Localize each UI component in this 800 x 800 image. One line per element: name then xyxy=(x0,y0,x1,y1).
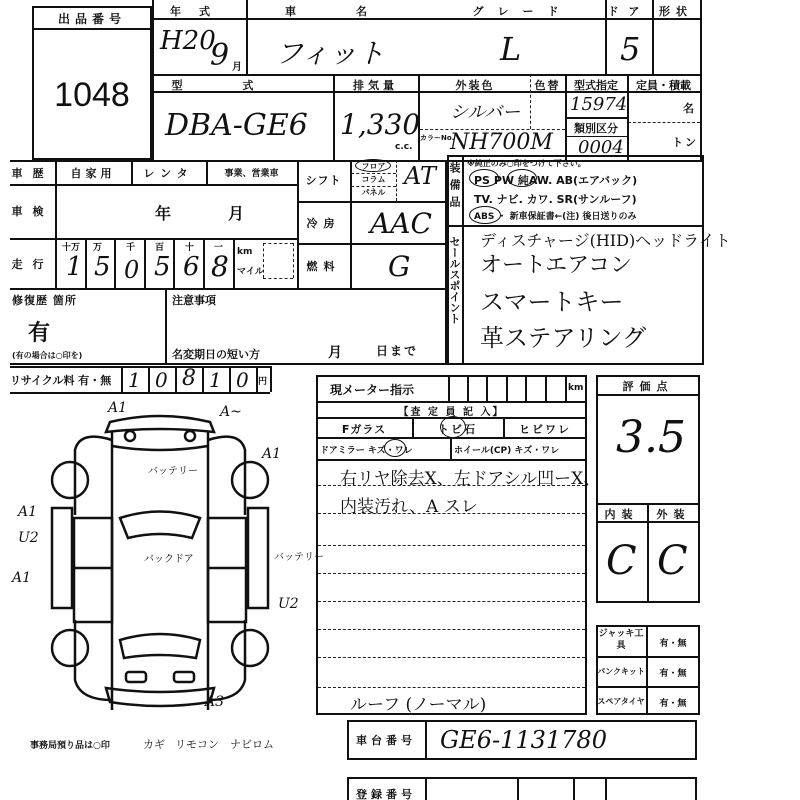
color-code-value: NH700M xyxy=(450,130,553,155)
history-option-private: 自家用 xyxy=(55,165,131,181)
caution-day-unit: 日まで xyxy=(376,342,418,359)
mileage-digit: 1 xyxy=(66,252,83,282)
repair-note: (有の場合は○印を) xyxy=(12,350,82,361)
displacement-unit: c.c. xyxy=(395,142,413,152)
score-value: 3.5 xyxy=(616,412,686,463)
sales-point: 革ステアリング xyxy=(480,318,646,353)
inspection-month-unit: 月 xyxy=(228,201,246,224)
damage-mark: A1 xyxy=(262,446,281,462)
damage-mark: A1 xyxy=(18,504,37,520)
shift-label: シフト xyxy=(297,172,350,188)
repair-value: 有 xyxy=(28,316,50,347)
type-designation-value: 15974 xyxy=(570,94,627,115)
doors-label: ドア xyxy=(605,3,652,19)
inspection-year-unit: 年 xyxy=(155,201,173,224)
fuel-label: 燃料 xyxy=(297,258,350,274)
color-change-label: 色替 xyxy=(530,77,565,93)
sales-point: スマートキー xyxy=(480,282,624,317)
interior-label: 内装 xyxy=(596,506,647,522)
displacement-value: 1,330 xyxy=(340,108,420,141)
shift-option-column: コラム xyxy=(351,174,396,185)
car-name-label: 車名 xyxy=(246,3,466,19)
equipment-note: ※純正のみ○印をつけて下さい。 xyxy=(467,158,586,169)
shift-option-panel: パネル xyxy=(351,187,396,198)
chassis-value: GE6-1131780 xyxy=(440,726,607,754)
circle-abs xyxy=(469,206,501,224)
damage-mark: U2 xyxy=(278,596,299,612)
glass-option-crack: ヒビワレ xyxy=(503,421,587,437)
office-item-key: カギ xyxy=(143,736,165,752)
mileage-place-label: 千 xyxy=(126,240,135,253)
accessory-value: 有・無 xyxy=(646,636,700,649)
interior-value: C xyxy=(606,538,637,584)
capacity-unit-ton: トン xyxy=(672,134,698,150)
color-value: シルバー xyxy=(450,98,520,124)
recycle-digit: 8 xyxy=(182,366,196,391)
office-item-remote: リモコン xyxy=(175,736,219,752)
meter-unit: km xyxy=(568,383,583,393)
caution-month-unit: 月 xyxy=(328,342,344,362)
shift-value: AT xyxy=(404,162,436,190)
exterior-label: 外装 xyxy=(647,506,700,522)
recycle-unit: 円 xyxy=(258,374,267,387)
type-designation-label: 型式指定 xyxy=(565,77,627,93)
caution-deadline-label: 名変期日の短い方 xyxy=(172,346,260,362)
car-name-value: フィット xyxy=(275,32,385,72)
mileage-digit: 5 xyxy=(154,252,171,282)
sales-point: オートエアコン xyxy=(480,248,632,279)
wheel-label: ホイール(CP) キズ・ワレ xyxy=(454,443,559,456)
registration-label: 登録番号 xyxy=(347,786,425,800)
capacity-unit-people: 名 xyxy=(683,100,696,116)
shape-label: 形状 xyxy=(652,3,700,19)
accessory-label: スペアタイヤ xyxy=(596,696,646,707)
equipment-label: 装備品 xyxy=(448,162,462,213)
fuel-value: G xyxy=(388,250,410,283)
mileage-digit: 6 xyxy=(183,252,200,282)
recycle-digit: 0 xyxy=(236,368,249,392)
lot-number-label: 出品番号 xyxy=(34,10,150,27)
model-label: 型式 xyxy=(152,77,333,93)
inspector-note: 右リヤ除去X、左ドアシル凹ーX、 xyxy=(340,464,600,489)
ac-value: AAC xyxy=(370,207,432,240)
inspection-label: 車検 xyxy=(10,203,55,219)
grade-value: L xyxy=(500,30,521,68)
capacity-label: 定員・積載 xyxy=(627,77,700,93)
recycle-label: リサイクル料 有・無 xyxy=(10,372,111,388)
exterior-value: C xyxy=(657,538,688,584)
year-label: 年式 xyxy=(152,3,246,19)
office-label: 事務局預り品は○印 xyxy=(30,738,110,751)
mileage-digit: 8 xyxy=(211,250,229,283)
mileage-digit: 5 xyxy=(94,252,111,282)
glass-label: Fガラス xyxy=(316,421,412,437)
equipment-line-2: TV. ナビ. カワ. SR(サンルーフ) xyxy=(474,191,637,207)
damage-mark: A1 xyxy=(12,570,31,586)
meter-label: 現メーター指示 xyxy=(330,381,414,398)
circle-pw xyxy=(507,169,537,187)
damage-mark: A1 xyxy=(108,400,127,416)
circle-ps xyxy=(469,169,499,187)
mileage-digit: 0 xyxy=(124,256,139,284)
mileage-unit-km: km xyxy=(237,247,252,257)
displacement-label: 排気量 xyxy=(333,77,418,93)
damage-mark: A3 xyxy=(205,694,224,710)
lot-number-box: 出品番号 1048 xyxy=(32,6,152,160)
category-label: 類別区分 xyxy=(565,120,627,136)
inspector-note: 内装汚れ、A スレ xyxy=(340,492,478,517)
inspector-footer-note: ルーフ (ノーマル) xyxy=(350,690,486,715)
history-option-rental: レンタ xyxy=(131,165,206,181)
doors-value: 5 xyxy=(620,30,640,68)
office-item-navi: ナビロム xyxy=(230,736,274,752)
accessory-value: 有・無 xyxy=(646,666,700,679)
history-label: 車歴 xyxy=(10,165,55,181)
recycle-digit: 1 xyxy=(209,368,222,392)
caution-label: 注意事項 xyxy=(172,292,216,308)
accessory-label: ジャッキ工具 xyxy=(598,628,644,652)
damage-mark: A~ xyxy=(220,404,242,420)
mileage-label: 走行 xyxy=(10,256,55,272)
ac-label: 冷房 xyxy=(297,215,350,231)
diagram-note: バックドア xyxy=(144,550,194,565)
lot-number-value: 1048 xyxy=(34,76,150,115)
accessory-label: パンクキット xyxy=(596,666,646,677)
chassis-label: 車台番号 xyxy=(347,732,425,748)
year-value: H20 xyxy=(160,26,216,56)
damage-mark: U2 xyxy=(18,530,39,546)
repair-label: 修復歴 箇所 xyxy=(12,292,77,308)
mileage-unit-mile: マイル xyxy=(237,264,264,277)
month-unit: 月 xyxy=(232,58,244,73)
history-option-business: 事業、営業車 xyxy=(206,166,297,179)
sales-points-label: セールスポイント xyxy=(448,236,462,324)
model-value: DBA-GE6 xyxy=(165,108,308,143)
month-value: 9 xyxy=(210,38,229,73)
color-label: 外装色 xyxy=(420,77,530,93)
recycle-digit: 0 xyxy=(155,368,168,392)
grade-label: グレード xyxy=(440,3,605,19)
score-label: 評価点 xyxy=(596,378,700,394)
accessory-value: 有・無 xyxy=(646,696,700,709)
diagram-note: バッテリー xyxy=(148,462,198,477)
recycle-digit: 1 xyxy=(128,368,141,392)
